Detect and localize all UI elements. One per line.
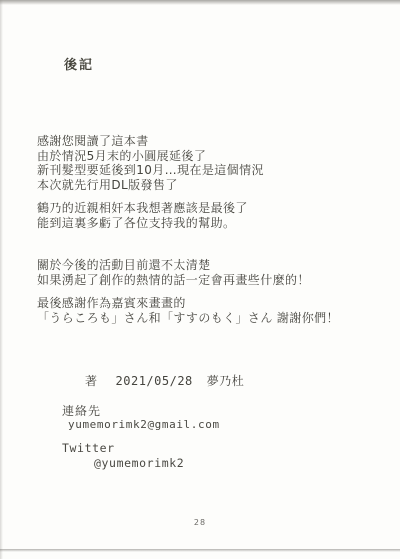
contact-label: 連絡先 xyxy=(62,402,101,419)
text-line: 新刊髮型要延後到10月…現在是這個情況 xyxy=(37,163,264,178)
text-line: 鶴乃的近親相奸本我想著應該是最後了 xyxy=(37,201,248,216)
scan-edge-left xyxy=(0,0,3,559)
publish-date: 2021/05/28 xyxy=(116,374,193,388)
text-line: 最後感謝作為嘉賓來畫畫的 xyxy=(37,296,339,311)
scan-edge-top xyxy=(0,0,400,5)
paragraph-thanks: 感謝您閱讀了這本書 由於情況5月末的小圓展延後了 新刊髮型要延後到10月…現在是… xyxy=(37,134,264,192)
contact-email: yumemorimk2@gmail.com xyxy=(68,418,220,431)
text-line: 能到這裏多虧了各位支持我的幫助。 xyxy=(37,216,248,231)
author-label: 著 xyxy=(85,374,98,388)
scanned-afterword-page: 後記 感謝您閱讀了這本書 由於情況5月末的小圓展延後了 新刊髮型要延後到10月…… xyxy=(0,0,400,559)
twitter-label: Twitter xyxy=(62,441,115,455)
text-line: 如果湧起了創作的熱情的話一定會再畫些什麼的！ xyxy=(37,273,310,288)
paragraph-future-plans: 關於今後的活動目前還不太清楚 如果湧起了創作的熱情的話一定會再畫些什麼的！ xyxy=(37,258,310,287)
text-line: 由於情況5月末的小圓展延後了 xyxy=(37,149,264,164)
text-line: 感謝您閱讀了這本書 xyxy=(37,134,264,149)
page-number: 28 xyxy=(0,518,400,527)
twitter-handle: @yumemorimk2 xyxy=(94,456,184,470)
scan-edge-bottom xyxy=(0,549,400,552)
text-line: 「うらころも」さん和「すすのもく」さん 謝謝你們！ xyxy=(37,311,339,326)
paragraph-guest-thanks: 最後感謝作為嘉賓來畫畫的 「うらころも」さん和「すすのもく」さん 謝謝你們！ xyxy=(37,296,339,325)
circle-name: 夢乃杜 xyxy=(207,374,245,388)
author-line: 著2021/05/28夢乃杜 xyxy=(85,372,244,389)
text-line: 關於今後的活動目前還不太清楚 xyxy=(37,258,310,273)
text-line: 本次就先行用DL版發售了 xyxy=(37,178,264,193)
page-title: 後記 xyxy=(64,54,94,73)
paragraph-series-note: 鶴乃的近親相奸本我想著應該是最後了 能到這裏多虧了各位支持我的幫助。 xyxy=(37,201,248,230)
